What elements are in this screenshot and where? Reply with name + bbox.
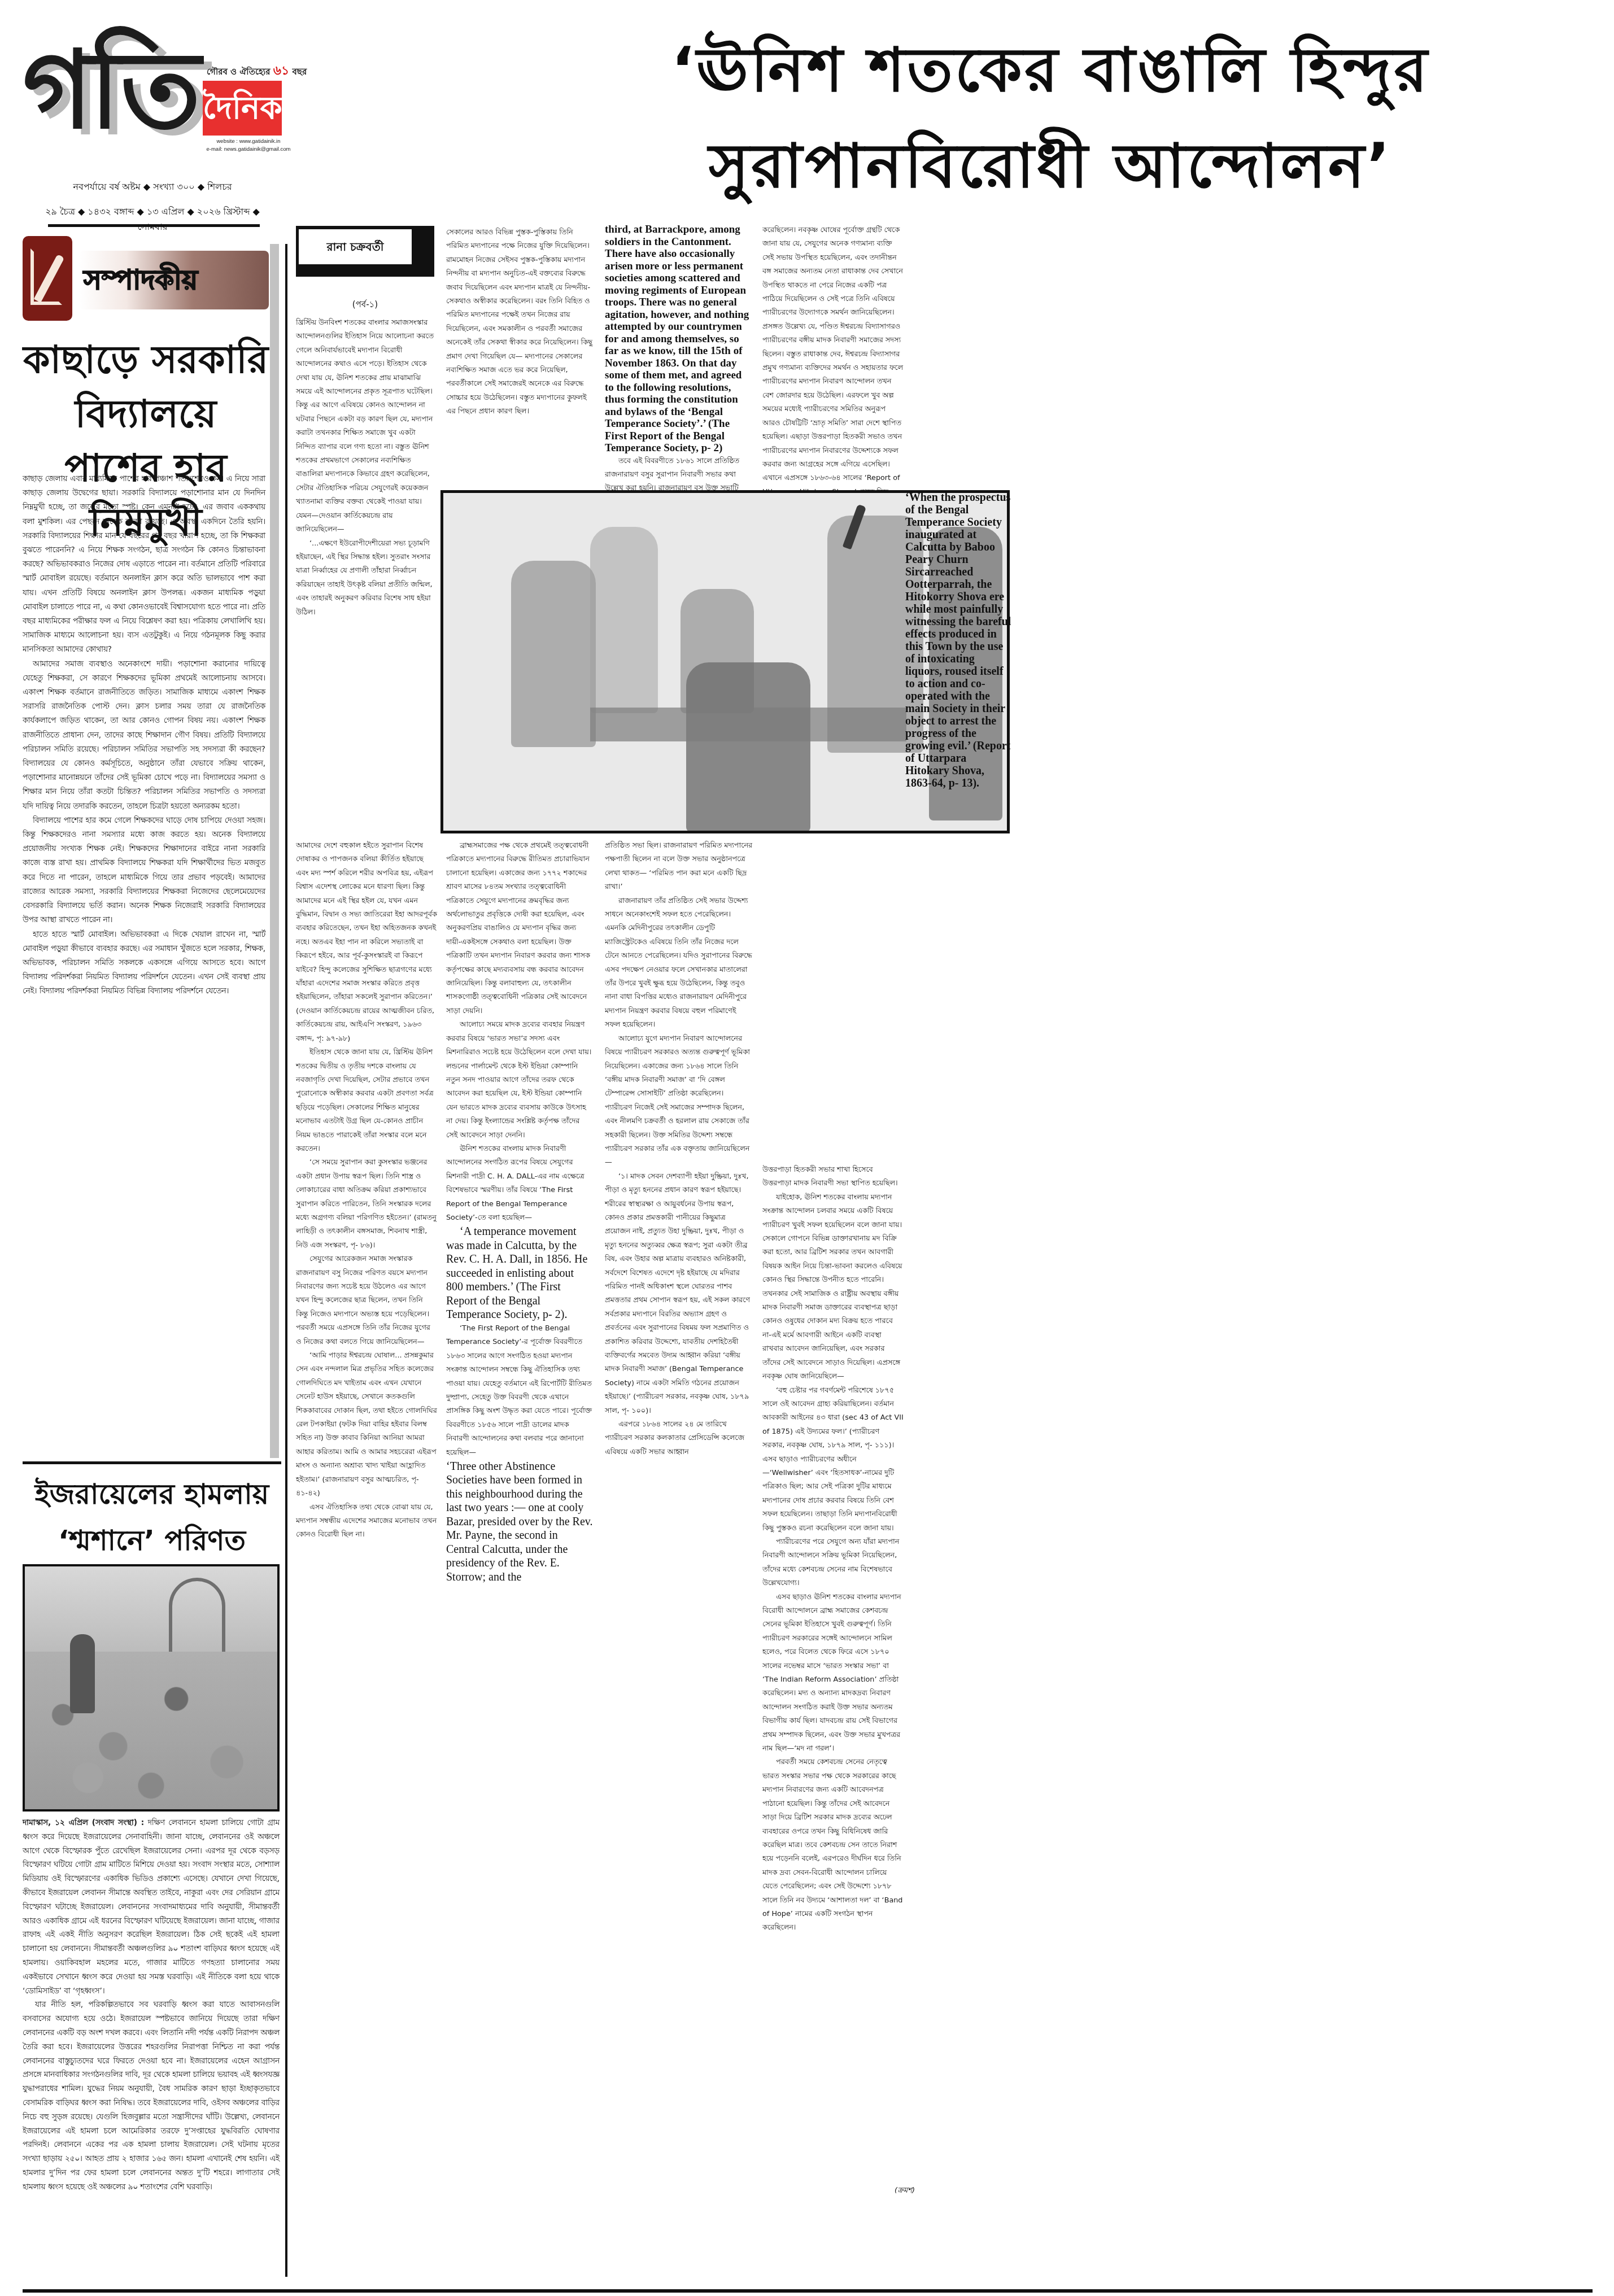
feature-lower-column-3: প্রতিষ্ঠিত সভা ছিল। রাজনারায়ণ পরিমিত মদ… xyxy=(605,839,753,1459)
feature-column-1: খ্রিস্টিয় উনবিংশ শতকের বাংলার সমাজসংস্ক… xyxy=(296,316,434,619)
english-quote: third, at Barrackpore, among soldiers in… xyxy=(605,224,753,455)
english-quote: ‘Three other Abstinence Societies have b… xyxy=(446,1460,593,1584)
edition-label: দৈনিক xyxy=(203,81,282,136)
feature-paragraph: খ্রিস্টিয় উনবিংশ শতকের বাংলার সমাজসংস্ক… xyxy=(296,316,434,537)
feature-paragraph: প্যারীচরণের পরে সেযুগে অন্য যাঁরা মদ্যপা… xyxy=(762,1535,904,1591)
feature-paragraph: উত্তরপাড়া হিতকরী সভার শাখা হিসেবে উত্তর… xyxy=(762,1163,904,1191)
feature-lower-column-1: আমাদের দেশে বহুকাল হইতে সুরাপান বিশেষ দো… xyxy=(296,839,437,1542)
feature-paragraph: সেযুগের আরেকজন সমাজ সংস্কারক রাজনারায়ণ … xyxy=(296,1252,437,1349)
feature-column-2: সেকালের আরও বিভিন্ন পুস্তক-পুস্তিকায় তি… xyxy=(446,226,593,419)
lebanon-body: দামাস্কাস, ১২ এপ্রিল (সংবাদ সংস্থা) : দক… xyxy=(23,1816,280,2194)
feature-paragraph: ‘১। মাদক সেবন দেশব্যাপী হইয়া দুষ্ক্রিয়… xyxy=(605,1170,753,1418)
date-info: ২৯ চৈত্র ◆ ১৪৩২ বঙ্গাব্দ ◆ ১৩ এপ্রিল ◆ ২… xyxy=(40,204,265,235)
feature-paragraph: ‘The First Report of the Bengal Temperan… xyxy=(446,1322,593,1460)
uttarpara-english-quote: ‘When the prospectus of the Bengal Tempe… xyxy=(905,491,1013,789)
editorial-banner: সম্পাদকীয় xyxy=(79,251,269,309)
tagline-prefix: গৌরব ও ঐতিহ্যের xyxy=(207,67,270,77)
feature-paragraph: আলোচ্য সময়ে মাদক দ্রব্যের ব্যবহার নিয়ন… xyxy=(446,1018,593,1142)
feature-paragraph: রাজনারায়ণ তাঁর প্রতিষ্ঠিত সেই সভার উদ্দ… xyxy=(605,894,753,1032)
tagline-years: ৬১ xyxy=(273,64,290,78)
pen-icon xyxy=(23,236,72,321)
feature-paragraph: এসব ঐতিহাসিক তথ্য থেকে বোঝা যায় যে, মদ্… xyxy=(296,1501,437,1542)
destroyed-village-photo xyxy=(23,1564,280,1812)
editorial-side-bar xyxy=(270,244,279,1458)
feature-paragraph: আলোচ্য যুগে মদ্যপান নিবারণ আন্দোলনের বিষ… xyxy=(605,1032,753,1170)
feature-paragraph: যাইহোক, ঊনিশ শতকের বাংলায় মদ্যপান সংক্র… xyxy=(762,1191,904,1384)
masthead-divider xyxy=(48,224,260,227)
email-link[interactable]: e-mail: news.gatidainik@gmail.com xyxy=(203,146,294,154)
feature-paragraph: ‘সে সময়ে সুরাপান করা কুসংস্কার ভঞ্জনের … xyxy=(296,1156,437,1252)
editorial-paragraph: কাছাড় জেলায় এবার মাধ্যমিকে পাশের হার প… xyxy=(23,472,265,657)
feature-paragraph: ইতিহাস থেকে জানা যায় যে, খ্রিস্টিয় ঊনি… xyxy=(296,1046,437,1156)
feature-lower-column-4: উত্তরপাড়া হিতকরী সভার শাখা হিসেবে উত্তর… xyxy=(762,1163,904,1935)
section-divider xyxy=(23,1461,281,1464)
part-label: (পর্ব-১) xyxy=(296,298,434,312)
editorial-body: কাছাড় জেলায় এবার মাধ্যমিকে পাশের হার প… xyxy=(23,472,265,999)
feature-paragraph: করেছিলেন। নবকৃষ্ণ ঘোষের পূর্বোক্ত গ্রন্থ… xyxy=(762,224,904,527)
masthead-tagline: গৌরব ও ঐতিহ্যের ৬১ বছর xyxy=(207,61,303,82)
author-box: রানা চক্রবর্তী xyxy=(296,226,434,277)
continued-label: (ক্রমশ) xyxy=(864,2185,915,2197)
feature-paragraph: আমাদের দেশে বহুকাল হইতে সুরাপান বিশেষ দো… xyxy=(296,839,437,1046)
feature-lower-column-2: ব্রাহ্মসমাজের পক্ষ থেকে প্রথমেই তত্ত্ববো… xyxy=(446,839,593,1584)
feature-paragraph: এসব ছাড়াও ঊনিশ শতকের বাংলার মদ্যপান বির… xyxy=(762,1591,904,1756)
feature-paragraph: সেকালের আরও বিভিন্ন পুস্তক-পুস্তিকায় তি… xyxy=(446,226,593,419)
editorial-paragraph: বিদ্যালয়ে পাশের হার কমে গেলে শিক্ষকদের … xyxy=(23,814,265,928)
feature-paragraph: ব্রাহ্মসমাজের পক্ষ থেকে প্রথমেই তত্ত্ববো… xyxy=(446,839,593,1018)
main-headline: ‘ঊনিশ শতকের বাঙালি হিন্দুর সুরাপানবিরোধী… xyxy=(508,23,1593,215)
issue-info: নবপর্যায়ে বর্ষ অষ্টম ◆ সংখ্যা ৩০০ ◆ শিল… xyxy=(40,180,265,195)
feature-paragraph: ‘আমি পাড়ার ঈশ্বরচন্দ্র ঘোষাল... প্রসন্ন… xyxy=(296,1349,437,1500)
website-link[interactable]: website : www.gatidainik.in xyxy=(203,138,294,146)
editorial-section-label: সম্পাদকীয় xyxy=(84,251,198,309)
newspaper-logo: গতি xyxy=(23,23,192,158)
feature-paragraph: ঊনিশ শতকের বাংলায় মাদক নিবারণী আন্দোলনে… xyxy=(446,1142,593,1225)
masthead-contact: website : www.gatidainik.in e-mail: news… xyxy=(203,138,294,154)
dateline: দামাস্কাস, ১২ এপ্রিল (সংবাদ সংস্থা) : xyxy=(23,1818,144,1827)
lebanon-paragraph: দামাস্কাস, ১২ এপ্রিল (সংবাদ সংস্থা) : দক… xyxy=(23,1816,280,1998)
lebanon-paragraph: যার নীতি হল, পরিকল্পিতভাবে সব ঘরবাড়ি ধ্… xyxy=(23,1998,280,2194)
editorial-paragraph: আমাদের সমাজ ব্যবস্থাও অনেকাংশে দায়ী। পড… xyxy=(23,657,265,814)
lebanon-text: দক্ষিণ লেবাননে হামলা চালিয়ে গোটা গ্রাম … xyxy=(23,1818,280,1996)
feature-paragraph: ‘বহু চেষ্টার পর গবর্ণমেন্ট পরিশেষে ১৮৭৫ … xyxy=(762,1384,904,1535)
feature-column-4: করেছিলেন। নবকৃষ্ণ ঘোষের পূর্বোক্ত গ্রন্থ… xyxy=(762,224,904,527)
feature-paragraph: প্রতিষ্ঠিত সভা ছিল। রাজনারায়ণ পরিমিত মদ… xyxy=(605,839,753,894)
english-quote: ‘A temperance movement was made in Calcu… xyxy=(446,1225,593,1322)
feature-quote: ‘...এক্ষণে ইউরোপীদেশীয়েরা সভ্য চূড়ামণি… xyxy=(296,537,434,619)
feature-paragraph: পরবর্তী সময়ে কেশবচন্দ্র সেনের নেতৃত্বে … xyxy=(762,1756,904,1935)
tagline-suffix: বছর xyxy=(292,67,307,77)
column-divider xyxy=(285,244,287,2277)
author-name: রানা চক্রবর্তী xyxy=(299,229,412,264)
feature-paragraph: এরপরে ১৮৬৪ সালের ২৪ মে তারিখে প্যারীচরণ … xyxy=(605,1418,753,1459)
page-bottom-rule xyxy=(23,2289,1593,2293)
editorial-paragraph: হাতে হাতে স্মার্ট মোবাইল। অভিভাবকরা এ দি… xyxy=(23,928,265,999)
